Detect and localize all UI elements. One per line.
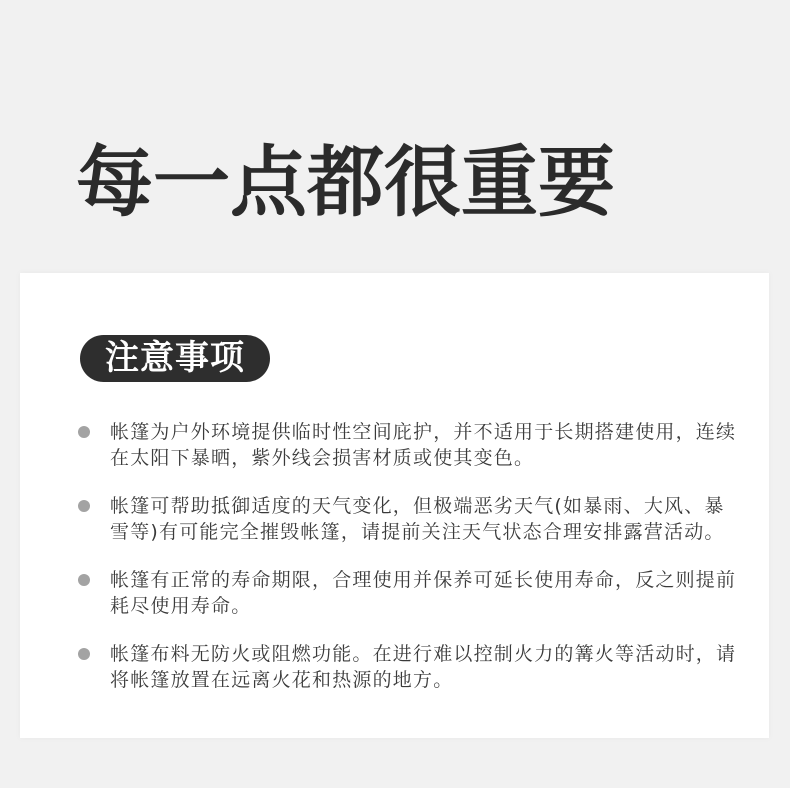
- page-headline: 每一点都很重要: [76, 136, 615, 232]
- bullet-dot-icon: [78, 574, 90, 586]
- notice-card: 注意事项 帐篷为户外环境提供临时性空间庇护，并不适用于长期搭建使用，连续在太阳下…: [20, 273, 769, 738]
- bullet-dot-icon: [78, 648, 90, 660]
- bullet-dot-icon: [78, 500, 90, 512]
- list-item: 帐篷可帮助抵御适度的天气变化，但极端恶劣天气(如暴雨、大风、暴雪等)有可能完全摧…: [78, 493, 738, 545]
- bullet-dot-icon: [78, 426, 90, 438]
- list-item: 帐篷布料无防火或阻燃功能。在进行难以控制火力的篝火等活动时，请将帐篷放置在远离火…: [78, 641, 738, 693]
- note-text: 帐篷布料无防火或阻燃功能。在进行难以控制火力的篝火等活动时，请将帐篷放置在远离火…: [110, 643, 736, 691]
- note-text: 帐篷为户外环境提供临时性空间庇护，并不适用于长期搭建使用，连续在太阳下暴晒，紫外…: [110, 421, 736, 469]
- note-text: 帐篷有正常的寿命期限，合理使用并保养可延长使用寿命，反之则提前耗尽使用寿命。: [110, 569, 736, 617]
- list-item: 帐篷为户外环境提供临时性空间庇护，并不适用于长期搭建使用，连续在太阳下暴晒，紫外…: [78, 419, 738, 471]
- note-text: 帐篷可帮助抵御适度的天气变化，但极端恶劣天气(如暴雨、大风、暴雪等)有可能完全摧…: [110, 495, 725, 543]
- list-item: 帐篷有正常的寿命期限，合理使用并保养可延长使用寿命，反之则提前耗尽使用寿命。: [78, 567, 738, 619]
- notes-list: 帐篷为户外环境提供临时性空间庇护，并不适用于长期搭建使用，连续在太阳下暴晒，紫外…: [78, 419, 738, 715]
- section-title-badge: 注意事项: [80, 335, 270, 382]
